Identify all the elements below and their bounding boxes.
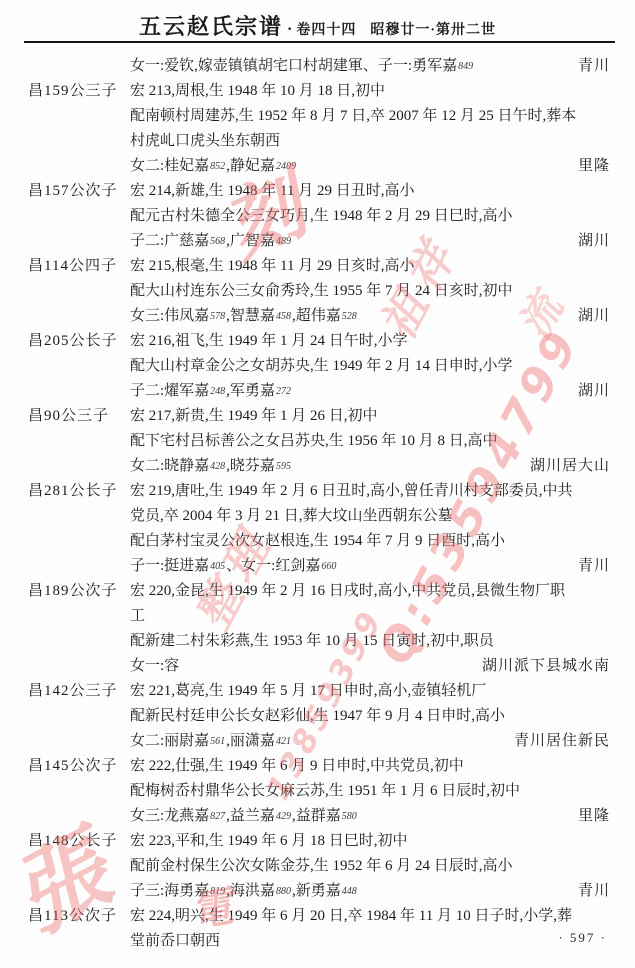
residence-label: 里隆 <box>570 154 610 179</box>
genealogy-line: 昌142公三子宏 221,葛亮,生 1949 年 5 月 17 日申时,高小,壶… <box>28 679 610 704</box>
generation-label: 昌205公长子 <box>28 329 130 354</box>
entry-text: 女二:桂妃嘉852,静妃嘉2409 <box>130 154 297 180</box>
genealogy-line: 党员,卒 2004 年 3 月 21 日,葬大坟山坐西朝东公墓 <box>28 504 610 529</box>
generation-label: 昌90公三子 <box>28 404 130 429</box>
genealogy-line: 子二:广慈嘉568,广智嘉489湖川 <box>28 229 610 254</box>
entry-text: 女一:容 <box>130 654 179 679</box>
entry-text: 宏 213,周根,生 1948 年 10 月 18 日,初中 <box>130 79 385 104</box>
entry-text: 女一:爱钦,嫁壶镇镇胡宅口村胡建軍、子一:勇军嘉849 <box>130 54 474 80</box>
genealogy-line: 昌281公长子宏 219,唐吐,生 1949 年 2 月 6 日丑时,高小,曾任… <box>28 479 610 504</box>
genealogy-line: 昌145公次子宏 222,仕强,生 1949 年 6 月 9 日申时,中共党员,… <box>28 754 610 779</box>
generation-label: 昌157公次子 <box>28 179 130 204</box>
genealogy-line: 配大山村连东公三女俞秀玲,生 1955 年 7 月 24 日亥时,初中 <box>28 279 610 304</box>
genealogy-line: 女二:桂妃嘉852,静妃嘉2409里隆 <box>28 154 610 179</box>
genealogy-line: 村虎乢口虎头坐东朝西 <box>28 129 610 154</box>
genealogy-line: 女一:爱钦,嫁壶镇镇胡宅口村胡建軍、子一:勇军嘉849青川 <box>28 54 610 79</box>
entry-text: 子二:广慈嘉568,广智嘉489 <box>130 229 292 255</box>
entry-text: 配梅树岙村鼎华公长女麻云苏,生 1951 年 1 月 6 日辰时,初中 <box>130 779 520 804</box>
genealogy-line: 昌189公次子宏 220,金昆,生 1949 年 2 月 16 日戌时,高小,中… <box>28 579 610 604</box>
genealogy-line: 女三:伟凤嘉578,智慧嘉458,超伟嘉528湖川 <box>28 304 610 329</box>
entry-text: 女二:丽尉嘉561,丽潇嘉421 <box>130 729 292 755</box>
title-separator-dot: · <box>287 21 292 38</box>
generation-subtitle: 昭穆廿一·第卅二世 <box>370 23 496 38</box>
generation-label: 昌114公四子 <box>28 254 130 279</box>
volume-label: 卷四十四 <box>296 23 356 38</box>
generation-label: 昌148公长子 <box>28 829 130 854</box>
entry-text: 女二:晓静嘉428,晓芬嘉595 <box>130 454 292 480</box>
header-rule <box>24 41 615 43</box>
book-title: 五云赵氏宗谱 <box>139 14 283 39</box>
genealogy-line: 配大山村章金公之女胡苏央,生 1949 年 2 月 14 日申时,小学 <box>28 354 610 379</box>
genealogy-line: 配下宅村吕标善公之女吕苏央,生 1956 年 10 月 8 日,高中 <box>28 429 610 454</box>
entry-text: 配大山村章金公之女胡苏央,生 1949 年 2 月 14 日申时,小学 <box>130 354 513 379</box>
entry-text: 宏 215,根毫,生 1948 年 11 月 29 日亥时,高小 <box>130 254 414 279</box>
residence-label: 湖川 <box>570 229 610 254</box>
entry-text: 配元古村朱德全公三女巧月,生 1948 年 2 月 29 日巳时,高小 <box>130 204 513 229</box>
generation-label: 昌281公长子 <box>28 479 130 504</box>
entry-text: 工 <box>130 604 145 629</box>
entry-text: 配新建二村朱彩燕,生 1953 年 10 月 15 日寅时,初中,职员 <box>130 629 494 654</box>
residence-label: 青川 <box>570 879 610 904</box>
genealogy-page: 五云赵氏宗谱·卷四十四昭穆廿一·第卅二世 女一:爱钦,嫁壶镇镇胡宅口村胡建軍、子… <box>0 0 635 968</box>
genealogy-line: 子三:海勇嘉819,海洪嘉880,新勇嘉448青川 <box>28 879 610 904</box>
genealogy-line: 配前金村保生公次女陈金芬,生 1952 年 6 月 24 日辰时,高小 <box>28 854 610 879</box>
residence-label: 青川居住新民 <box>506 729 610 754</box>
genealogy-line: 昌157公次子宏 214,新雄,生 1948 年 11 月 29 日丑时,高小 <box>28 179 610 204</box>
genealogy-line: 配元古村朱德全公三女巧月,生 1948 年 2 月 29 日巳时,高小 <box>28 204 610 229</box>
genealogy-line: 配南顿村周建苏,生 1952 年 8 月 7 日,卒 2007 年 12 月 2… <box>28 104 610 129</box>
genealogy-line: 配新建二村朱彩燕,生 1953 年 10 月 15 日寅时,初中,职员 <box>28 629 610 654</box>
entry-text: 宏 216,祖飞,生 1949 年 1 月 24 日午时,小学 <box>130 329 408 354</box>
entry-text: 配前金村保生公次女陈金芬,生 1952 年 6 月 24 日辰时,高小 <box>130 854 513 879</box>
entry-text: 子三:海勇嘉819,海洪嘉880,新勇嘉448 <box>130 879 358 905</box>
generation-label: 昌189公次子 <box>28 579 130 604</box>
residence-label: 湖川 <box>570 304 610 329</box>
entry-text: 宏 219,唐吐,生 1949 年 2 月 6 日丑时,高小,曾任青川村支部委员… <box>130 479 573 504</box>
entry-text: 子二:燿军嘉248,军勇嘉272 <box>130 379 292 405</box>
entry-text: 党员,卒 2004 年 3 月 21 日,葬大坟山坐西朝东公墓 <box>130 504 453 529</box>
generation-label: 昌113公次子 <box>28 904 130 929</box>
entry-text: 宏 223,平和,生 1949 年 6 月 18 日巳时,初中 <box>130 829 408 854</box>
genealogy-line: 工 <box>28 604 610 629</box>
generation-label: 昌145公次子 <box>28 754 130 779</box>
entry-text: 配下宅村吕标善公之女吕苏央,生 1956 年 10 月 8 日,高中 <box>130 429 498 454</box>
genealogy-line: 配新民村廷申公长女赵彩仙,生 1947 年 9 月 4 日申时,高小 <box>28 704 610 729</box>
entry-text: 堂前岙口朝西 <box>130 929 220 954</box>
genealogy-line: 配梅树岙村鼎华公长女麻云苏,生 1951 年 1 月 6 日辰时,初中 <box>28 779 610 804</box>
entry-text: 村虎乢口虎头坐东朝西 <box>130 129 280 154</box>
residence-label: 里隆 <box>570 804 610 829</box>
genealogy-line: 女一:容湖川派下县城水南 <box>28 654 610 679</box>
residence-label: 青川 <box>570 554 610 579</box>
genealogy-line: 女二:晓静嘉428,晓芬嘉595湖川居大山 <box>28 454 610 479</box>
genealogy-line: 昌148公长子宏 223,平和,生 1949 年 6 月 18 日巳时,初中 <box>28 829 610 854</box>
genealogy-entries: 女一:爱钦,嫁壶镇镇胡宅口村胡建軍、子一:勇军嘉849青川昌159公三子宏 21… <box>28 54 610 954</box>
entry-text: 配南顿村周建苏,生 1952 年 8 月 7 日,卒 2007 年 12 月 2… <box>130 104 576 129</box>
residence-label: 湖川居大山 <box>522 454 610 479</box>
genealogy-line: 昌90公三子宏 217,新贵,生 1949 年 1 月 26 日,初中 <box>28 404 610 429</box>
entry-text: 女三:伟凤嘉578,智慧嘉458,超伟嘉528 <box>130 304 358 330</box>
entry-text: 宏 214,新雄,生 1948 年 11 月 29 日丑时,高小 <box>130 179 414 204</box>
entry-text: 配大山村连东公三女俞秀玲,生 1955 年 7 月 24 日亥时,初中 <box>130 279 513 304</box>
page-header: 五云赵氏宗谱·卷四十四昭穆廿一·第卅二世 <box>0 10 635 41</box>
residence-label: 湖川 <box>570 379 610 404</box>
entry-text: 配白茅村宝灵公次女赵根连,生 1954 年 7 月 9 日酉时,高小 <box>130 529 505 554</box>
genealogy-line: 子二:燿军嘉248,军勇嘉272湖川 <box>28 379 610 404</box>
residence-label: 湖川派下县城水南 <box>474 654 610 679</box>
genealogy-line: 昌113公次子宏 224,明兴,生 1949 年 6 月 20 日,卒 1984… <box>28 904 610 929</box>
generation-label: 昌159公三子 <box>28 79 130 104</box>
entry-text: 宏 224,明兴,生 1949 年 6 月 20 日,卒 1984 年 11 月… <box>130 904 572 929</box>
genealogy-line: 配白茅村宝灵公次女赵根连,生 1954 年 7 月 9 日酉时,高小 <box>28 529 610 554</box>
genealogy-line: 昌114公四子宏 215,根毫,生 1948 年 11 月 29 日亥时,高小 <box>28 254 610 279</box>
entry-text: 宏 222,仕强,生 1949 年 6 月 9 日申时,中共党员,初中 <box>130 754 464 779</box>
entry-text: 宏 217,新贵,生 1949 年 1 月 26 日,初中 <box>130 404 378 429</box>
residence-label: 青川 <box>570 54 610 79</box>
entry-text: 女三:龙燕嘉827,益兰嘉429,益群嘉580 <box>130 804 358 830</box>
entry-text: 宏 220,金昆,生 1949 年 2 月 16 日戌时,高小,中共党员,县微生… <box>130 579 565 604</box>
genealogy-line: 昌205公长子宏 216,祖飞,生 1949 年 1 月 24 日午时,小学 <box>28 329 610 354</box>
genealogy-line: 子一:挺进嘉405、女一:红剑嘉660青川 <box>28 554 610 579</box>
generation-label: 昌142公三子 <box>28 679 130 704</box>
genealogy-line: 堂前岙口朝西 <box>28 929 610 954</box>
entry-text: 子一:挺进嘉405、女一:红剑嘉660 <box>130 554 337 580</box>
genealogy-line: 女三:龙燕嘉827,益兰嘉429,益群嘉580里隆 <box>28 804 610 829</box>
page-number: · 597 · <box>558 930 607 946</box>
genealogy-line: 女二:丽尉嘉561,丽潇嘉421青川居住新民 <box>28 729 610 754</box>
genealogy-line: 昌159公三子宏 213,周根,生 1948 年 10 月 18 日,初中 <box>28 79 610 104</box>
entry-text: 配新民村廷申公长女赵彩仙,生 1947 年 9 月 4 日申时,高小 <box>130 704 505 729</box>
entry-text: 宏 221,葛亮,生 1949 年 5 月 17 日申时,高小,壶镇轻机厂 <box>130 679 486 704</box>
